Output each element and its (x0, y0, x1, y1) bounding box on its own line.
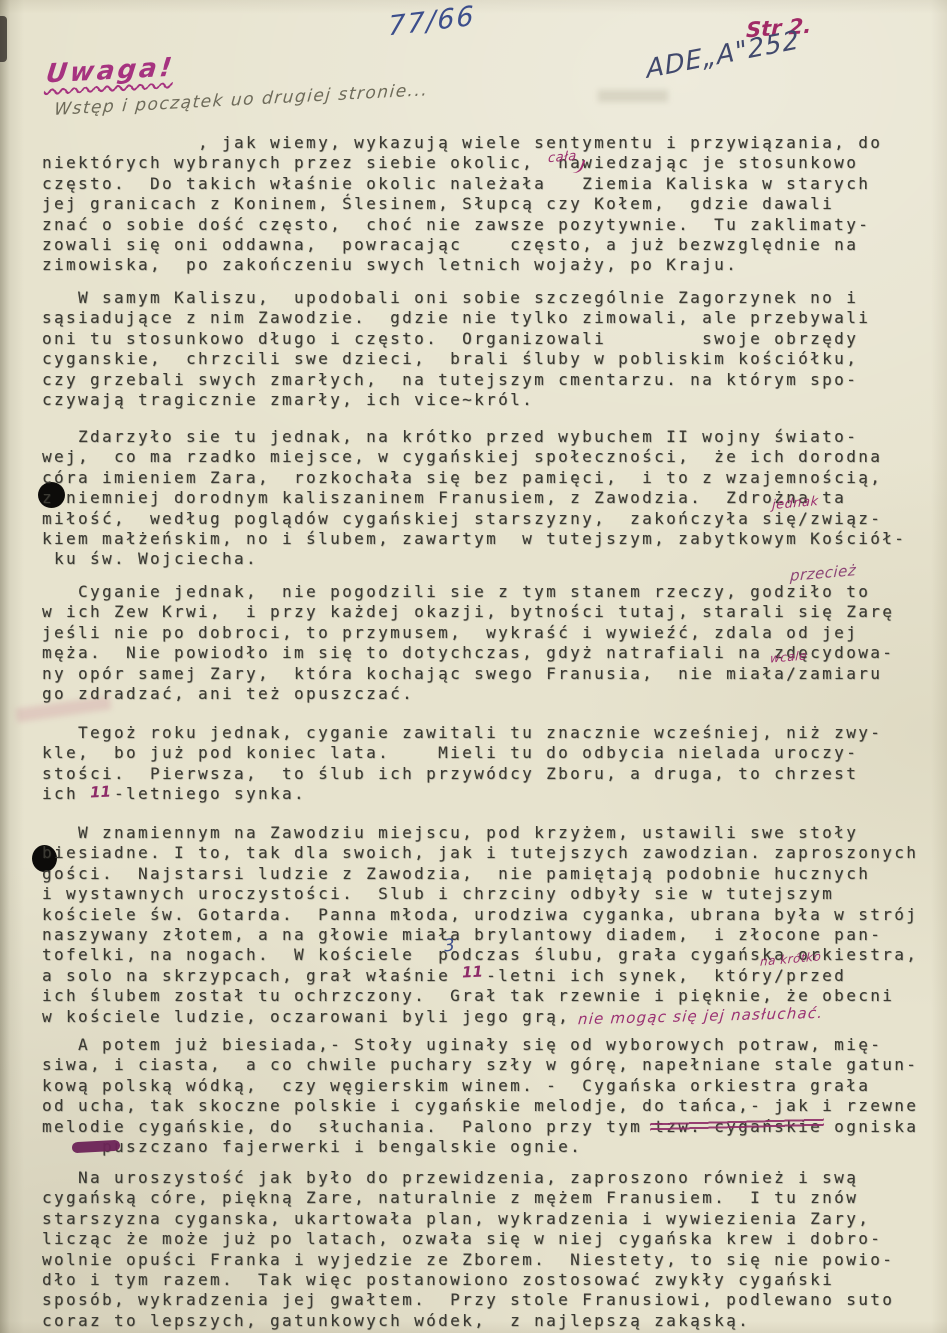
typed-paragraph: Tegoż roku jednak, cyganie zawitali tu z… (42, 723, 882, 805)
attention-note: Uwaga! (44, 53, 176, 90)
ink-offset-smudge (598, 90, 668, 102)
doc-number-annotation: 77/66 (388, 0, 476, 42)
typed-paragraph: A potem już biesiada,- Stoły uginały się… (42, 1035, 918, 1157)
handwritten-number-11: 11 (462, 962, 484, 981)
pencil-note: Wstęp i początek uo drugiej stronie... (53, 80, 429, 120)
document-page: { "annotations": { "doc_number": "77/66"… (0, 0, 947, 1333)
insertion-mark: 3 (443, 935, 456, 956)
typed-paragraph: , jak wiemy, wykazują wiele sentymentu i… (42, 133, 882, 276)
scan-edge-artifact (0, 16, 7, 62)
archive-code-annotation: ADE„A"252 (645, 25, 801, 85)
typed-paragraph: Na uroszystość jak było do przewidzenia,… (42, 1168, 894, 1331)
typed-paragraph: W samym Kaliszu, upodobali oni sobie szc… (42, 288, 870, 410)
handwritten-number-11: 11 (90, 782, 112, 801)
typed-paragraph: Cyganie jednak, nie pogodzili sie z tym … (42, 582, 894, 704)
typed-paragraph: W znamiennym na Zawodziu miejscu, pod kr… (42, 823, 918, 1027)
